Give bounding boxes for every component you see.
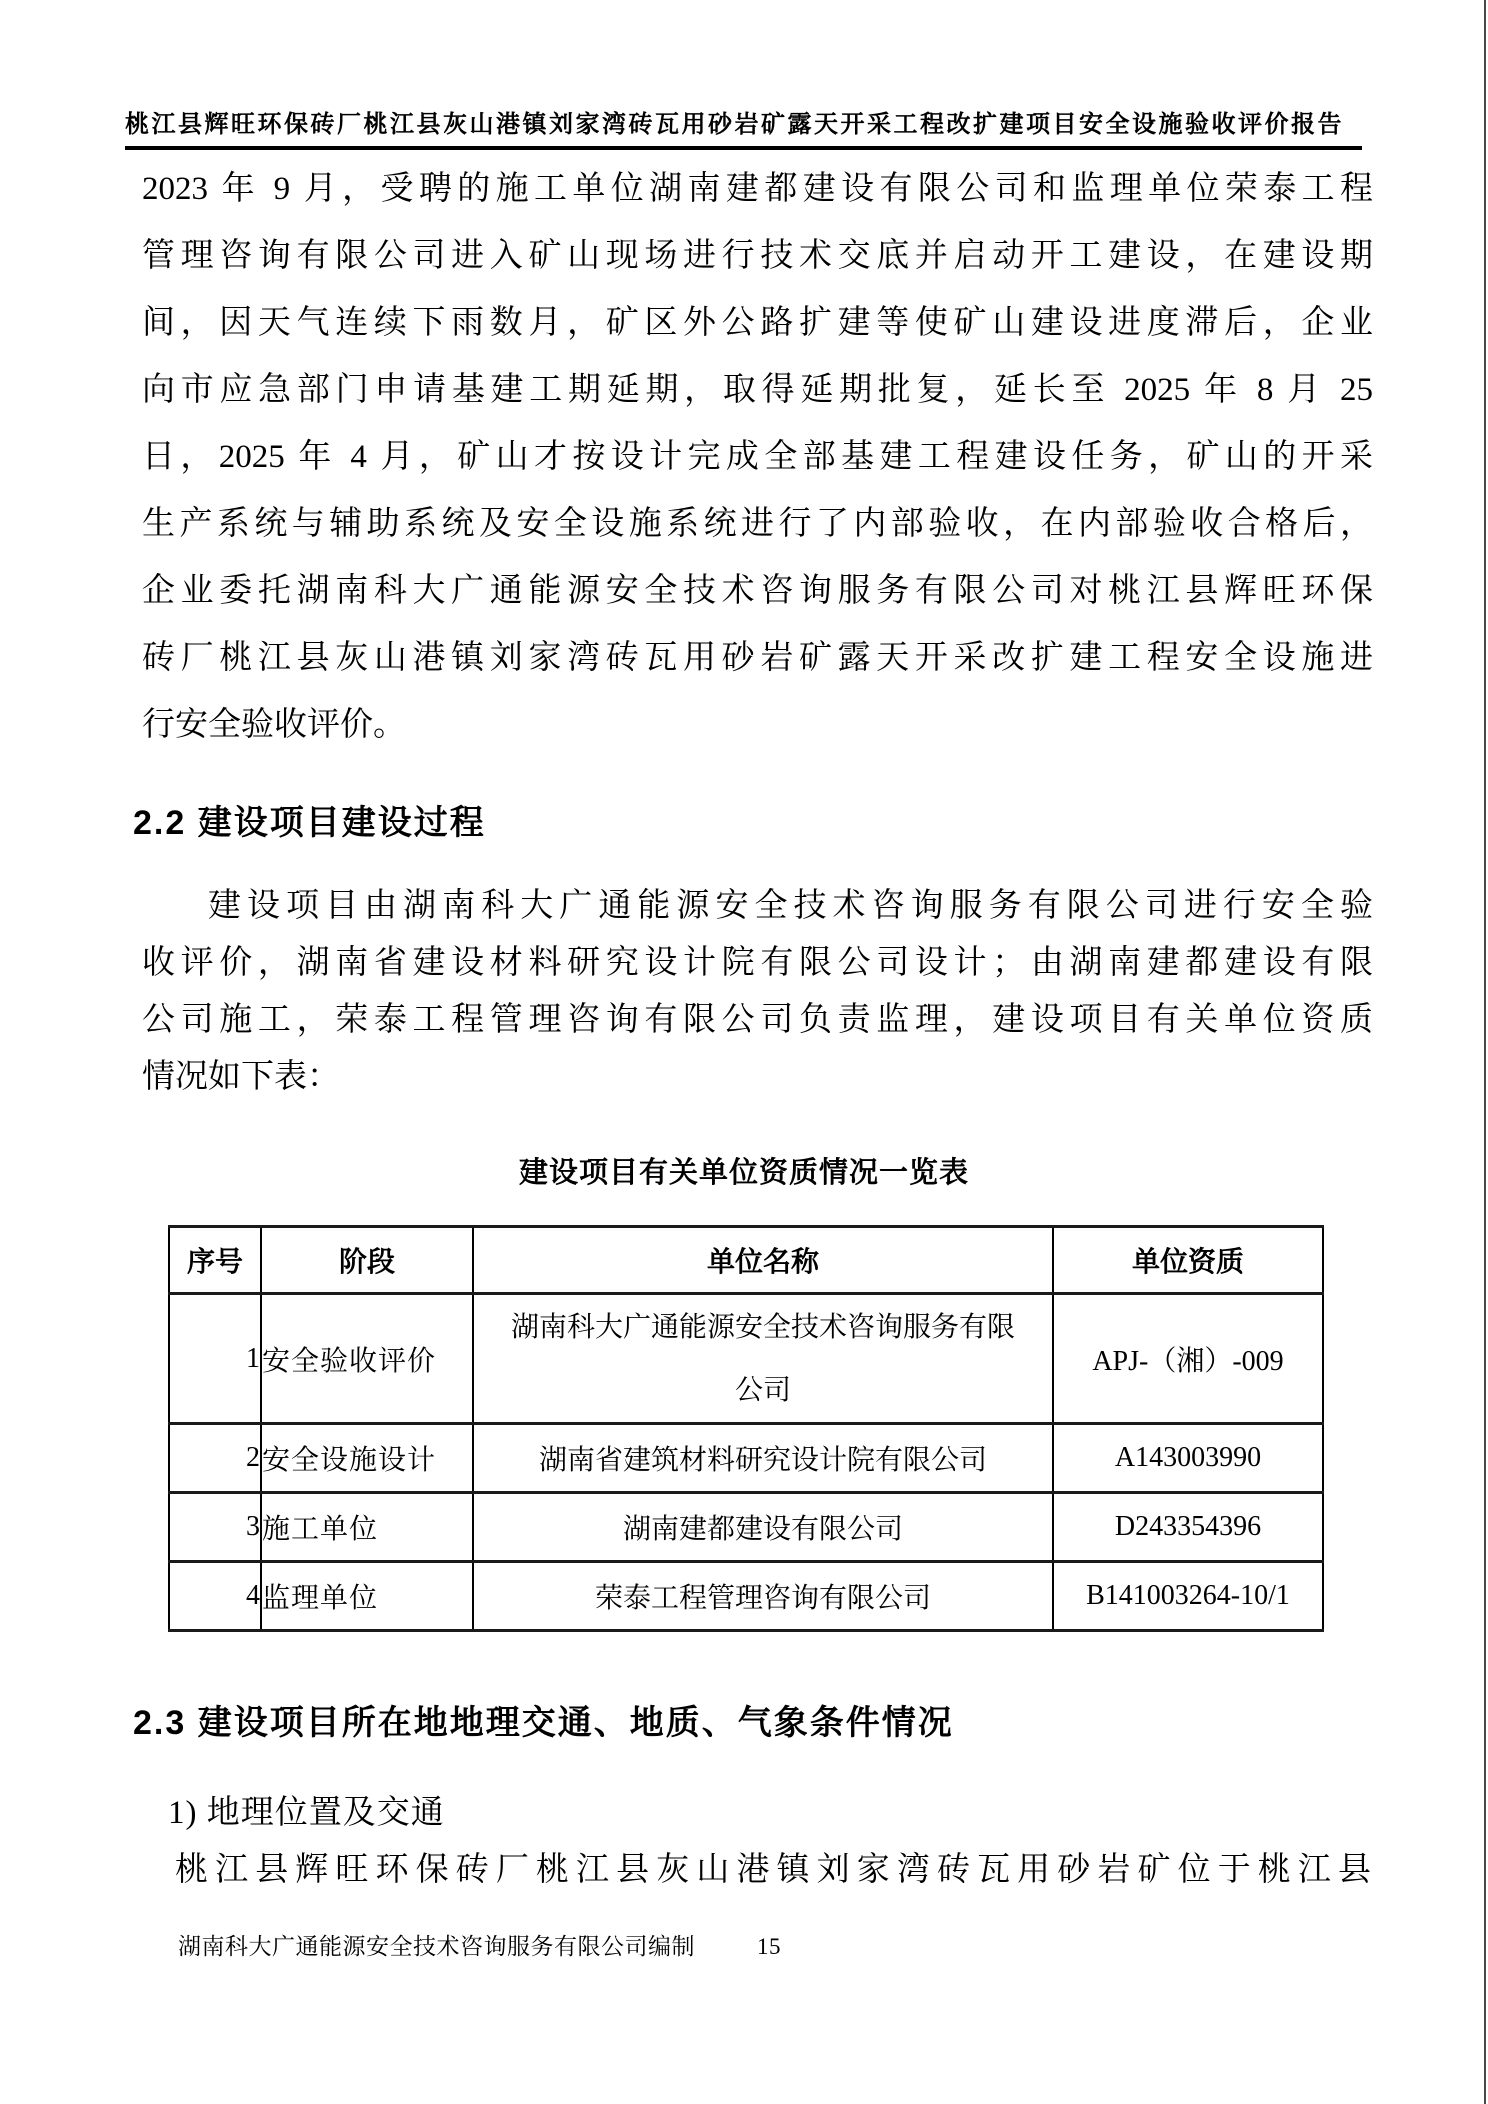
qualification-table: 序号 阶段 单位名称 单位资质 1 安全验收评价 湖南科大广通能源安全技术咨询服… bbox=[168, 1225, 1324, 1632]
page-footer: 湖南科大广通能源安全技术咨询服务有限公司编制15 bbox=[178, 1928, 781, 1961]
table-row: 3 施工单位 湖南建都建设有限公司 D243354396 bbox=[169, 1493, 1323, 1562]
table-row: 2 安全设施设计 湖南省建筑材料研究设计院有限公司 A143003990 bbox=[169, 1424, 1323, 1493]
column-header-unit: 单位名称 bbox=[473, 1227, 1053, 1294]
cell-stage: 监理单位 bbox=[261, 1562, 473, 1631]
cell-no: 3 bbox=[169, 1493, 261, 1562]
table-row: 1 安全验收评价 湖南科大广通能源安全技术咨询服务有限公司 APJ-（湘）-00… bbox=[169, 1294, 1323, 1424]
page-number: 15 bbox=[757, 1934, 781, 1960]
page-right-edge-line bbox=[1484, 0, 1486, 2104]
paragraph-line: 向市应急部门申请基建工期延期，取得延期批复，延长至 2025 年 8 月 25 bbox=[142, 357, 1373, 424]
cell-qualification: B141003264-10/1 bbox=[1053, 1562, 1323, 1631]
cell-unit: 湖南省建筑材料研究设计院有限公司 bbox=[473, 1424, 1053, 1493]
cell-stage: 安全设施设计 bbox=[261, 1424, 473, 1493]
paragraph-line: 砖厂桃江县灰山港镇刘家湾砖瓦用砂岩矿露天开采改扩建工程安全设施进 bbox=[142, 625, 1373, 692]
paragraph-line: 间，因天气连续下雨数月，矿区外公路扩建等使矿山建设进度滞后，企业 bbox=[142, 290, 1373, 357]
column-header-no: 序号 bbox=[169, 1227, 261, 1294]
cell-unit-text: 湖南科大广通能源安全技术咨询服务有限公司 bbox=[506, 1296, 1021, 1422]
column-header-stage: 阶段 bbox=[261, 1227, 473, 1294]
cell-qualification: A143003990 bbox=[1053, 1424, 1323, 1493]
paragraph-line: 情况如下表： bbox=[142, 1049, 1373, 1106]
cell-stage: 施工单位 bbox=[261, 1493, 473, 1562]
list-item-geography: 1) 地理位置及交通 bbox=[168, 1786, 445, 1833]
paragraph-line: 管理咨询有限公司进入矿山现场进行技术交底并启动开工建设，在建设期 bbox=[142, 223, 1373, 290]
cell-qualification: D243354396 bbox=[1053, 1493, 1323, 1562]
cell-stage: 安全验收评价 bbox=[261, 1294, 473, 1424]
table-title: 建设项目有关单位资质情况一览表 bbox=[0, 1150, 1488, 1191]
cell-unit: 荣泰工程管理咨询有限公司 bbox=[473, 1562, 1053, 1631]
paragraph-project-units: 建设项目由湖南科大广通能源安全技术咨询服务有限公司进行安全验 收评价，湖南省建设… bbox=[142, 878, 1373, 1106]
paragraph-line: 企业委托湖南科大广通能源安全技术咨询服务有限公司对桃江县辉旺环保 bbox=[142, 558, 1373, 625]
cell-no: 1 bbox=[169, 1294, 261, 1424]
paragraph-line: 2023 年 9 月，受聘的施工单位湖南建都建设有限公司和监理单位荣泰工程 bbox=[142, 156, 1373, 223]
paragraph-location-line: 桃江县辉旺环保砖厂桃江县灰山港镇刘家湾砖瓦用砂岩矿位于桃江县 bbox=[175, 1843, 1371, 1890]
running-header-title: 桃江县辉旺环保砖厂桃江县灰山港镇刘家湾砖瓦用砂岩矿露天开采工程改扩建项目安全设施… bbox=[125, 104, 1362, 139]
cell-unit: 湖南建都建设有限公司 bbox=[473, 1493, 1053, 1562]
paragraph-line: 行安全验收评价。 bbox=[142, 692, 1373, 759]
column-header-qualification: 单位资质 bbox=[1053, 1227, 1323, 1294]
paragraph-line: 公司施工，荣泰工程管理咨询有限公司负责监理，建设项目有关单位资质 bbox=[142, 992, 1373, 1049]
paragraph-line: 日，2025 年 4 月，矿山才按设计完成全部基建工程建设任务，矿山的开采 bbox=[142, 424, 1373, 491]
paragraph-line: 生产系统与辅助系统及安全设施系统进行了内部验收，在内部验收合格后， bbox=[142, 491, 1373, 558]
cell-qualification: APJ-（湘）-009 bbox=[1053, 1294, 1323, 1424]
cell-unit: 湖南科大广通能源安全技术咨询服务有限公司 bbox=[473, 1294, 1053, 1424]
section-heading-2-2: 2.2 建设项目建设过程 bbox=[133, 795, 486, 844]
paragraph-line: 收评价，湖南省建设材料研究设计院有限公司设计；由湖南建都建设有限 bbox=[142, 935, 1373, 992]
paragraph-construction-history: 2023 年 9 月，受聘的施工单位湖南建都建设有限公司和监理单位荣泰工程 管理… bbox=[142, 156, 1373, 759]
section-heading-2-3: 2.3 建设项目所在地地理交通、地质、气象条件情况 bbox=[133, 1695, 954, 1744]
cell-no: 4 bbox=[169, 1562, 261, 1631]
footer-compiler-text: 湖南科大广通能源安全技术咨询服务有限公司编制 bbox=[178, 1934, 695, 1959]
header-divider-rule bbox=[125, 146, 1362, 150]
cell-no: 2 bbox=[169, 1424, 261, 1493]
paragraph-line: 建设项目由湖南科大广通能源安全技术咨询服务有限公司进行安全验 bbox=[142, 878, 1373, 935]
table-row: 4 监理单位 荣泰工程管理咨询有限公司 B141003264-10/1 bbox=[169, 1562, 1323, 1631]
table-header-row: 序号 阶段 单位名称 单位资质 bbox=[169, 1227, 1323, 1294]
